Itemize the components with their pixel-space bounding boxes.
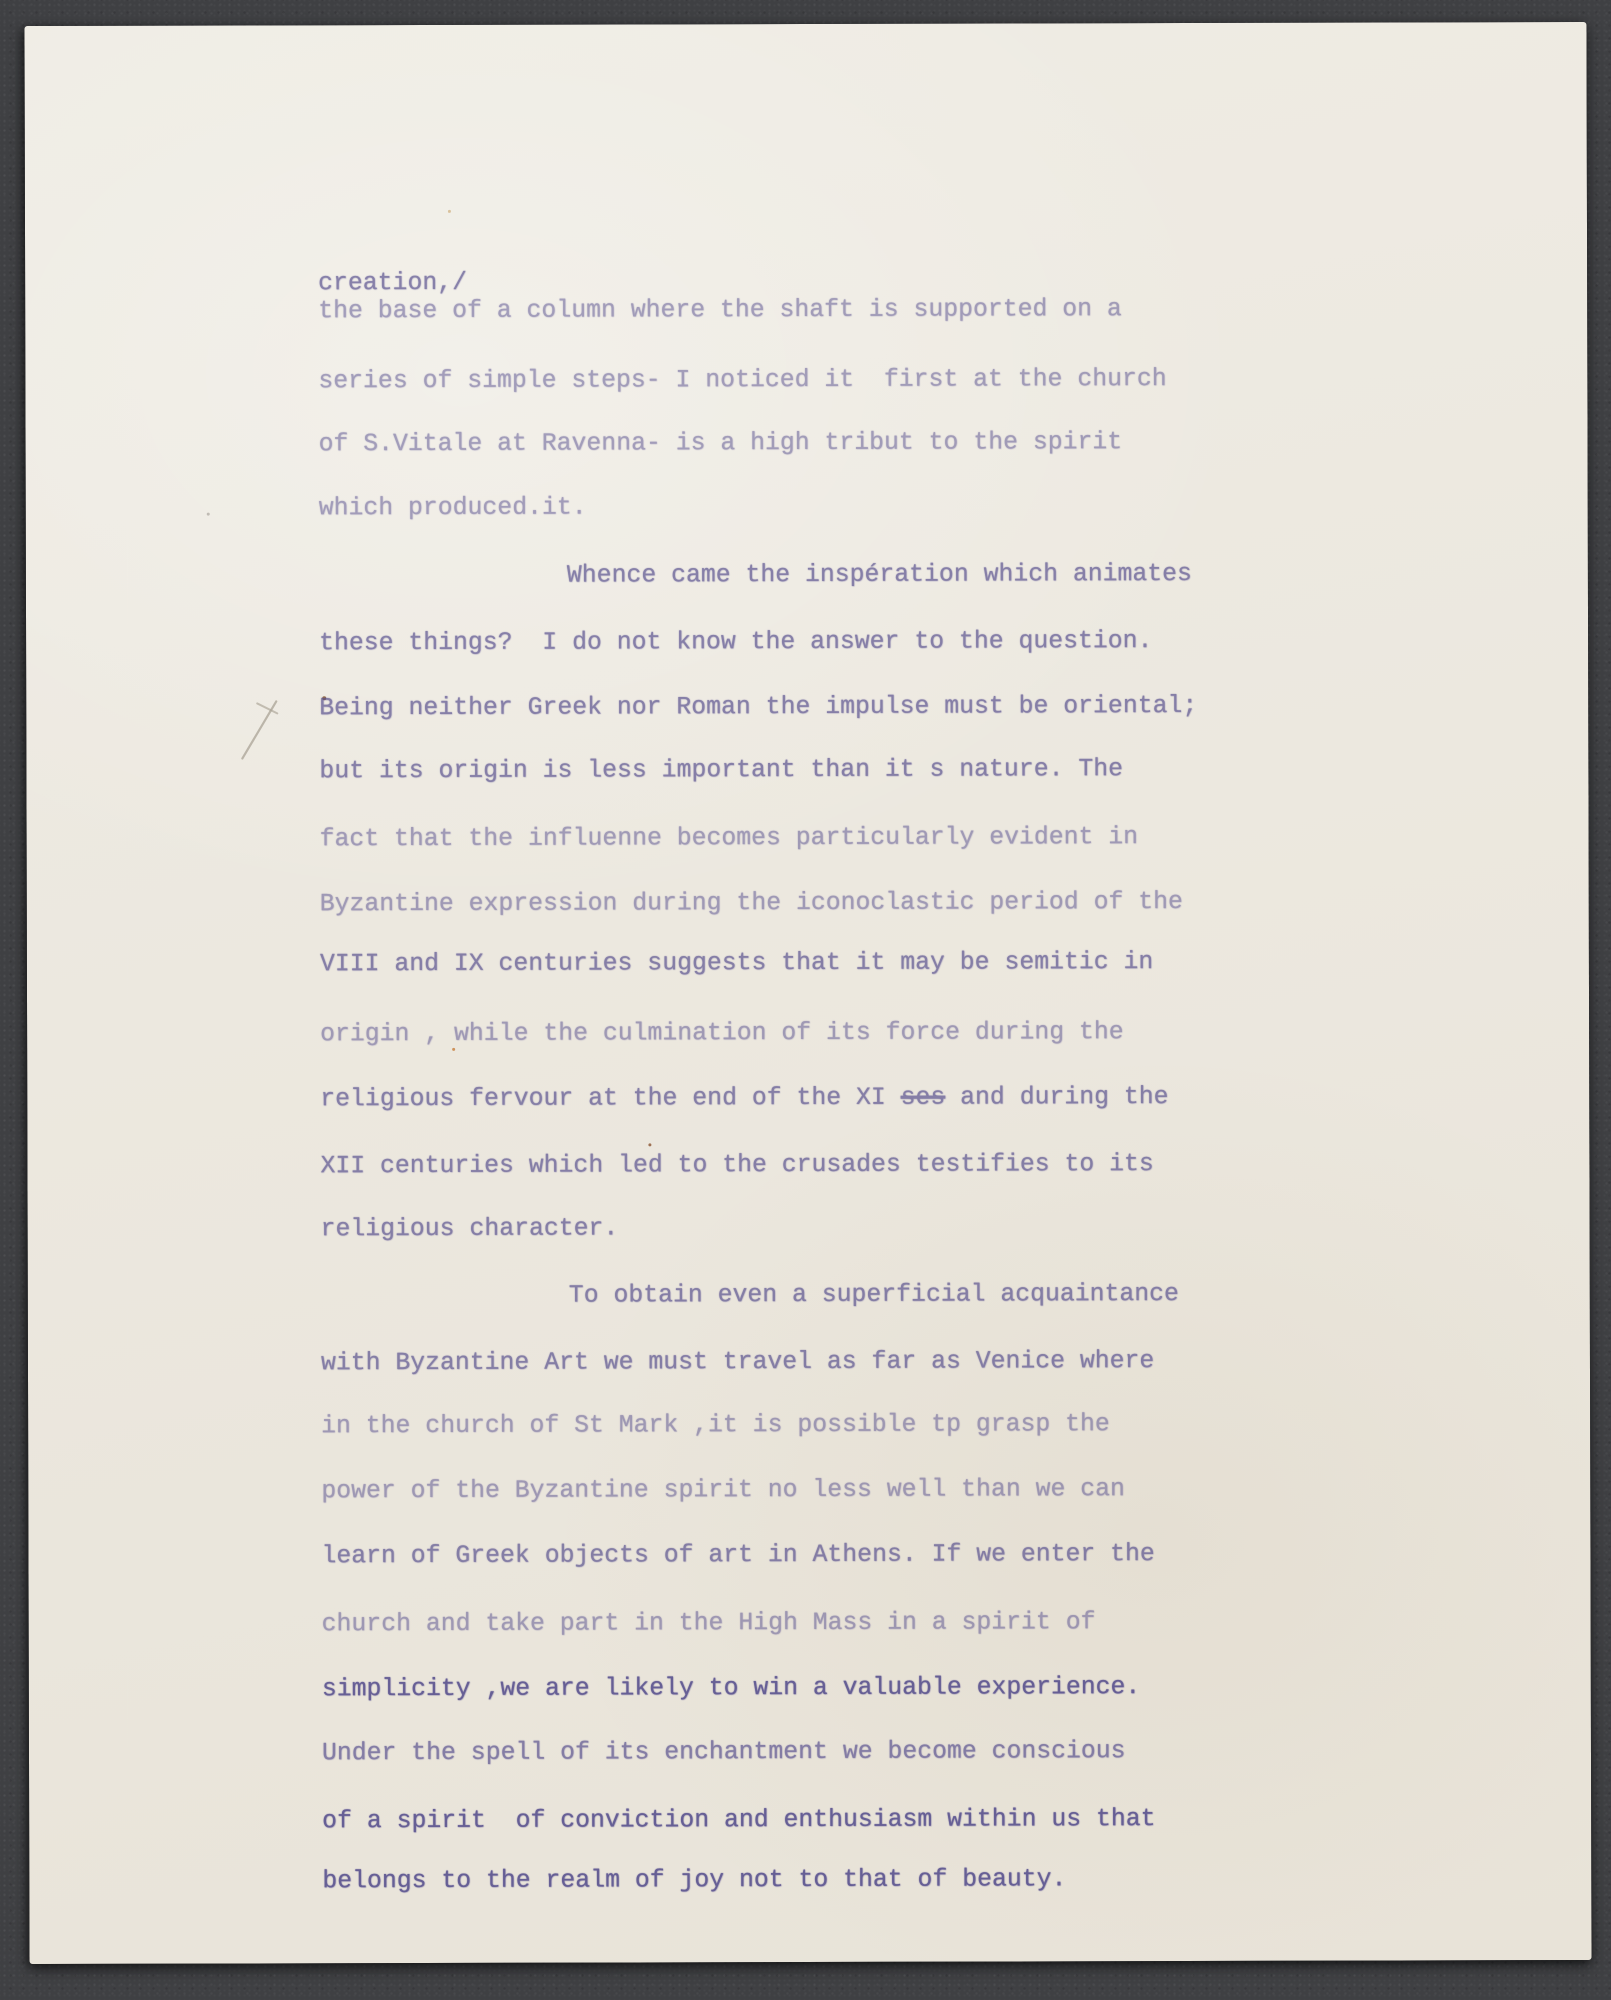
typed-text: religious fervour at the end of the XI (320, 1084, 900, 1114)
typed-line: learn of Greek objects of art in Athens.… (321, 1538, 1154, 1572)
typed-line: the base of a column where the shaft is … (318, 293, 1122, 327)
typed-line: in the church of St Mark ,it is possible… (321, 1408, 1110, 1442)
paper-speck (207, 513, 210, 516)
typed-line: simplicity ,we are likely to win a valua… (322, 1671, 1141, 1705)
typed-line: but its origin is less important than it… (319, 753, 1123, 787)
typed-line: series of simple steps- I noticed it fir… (318, 363, 1166, 397)
pencil-x-mark (231, 690, 291, 770)
paper-speck (448, 210, 451, 213)
typed-line: of S.Vitale at Ravenna- is a high tribut… (319, 426, 1123, 460)
typed-line-with-overstrike: religious fervour at the end of the XI s… (320, 1081, 1168, 1115)
typed-line-paragraph-start: To obtain even a superficial acquaintanc… (569, 1278, 1179, 1312)
paper-speck (648, 1143, 651, 1146)
typed-line: which produced.it. (319, 492, 587, 525)
typed-line: religious character. (321, 1212, 619, 1245)
typed-line: Byzantine expression during the iconocla… (320, 886, 1183, 920)
typed-line-paragraph-start: Whence came the inspération which animat… (567, 558, 1192, 592)
typed-line: VIII and IX centuries suggests that it m… (320, 946, 1153, 980)
typed-line: XII centuries which led to the crusades … (320, 1148, 1153, 1182)
overstruck-word: ses (901, 1084, 946, 1112)
typed-line: church and take part in the High Mass in… (322, 1606, 1096, 1640)
manuscript-page: creation,/ the base of a column where th… (24, 22, 1591, 1964)
typed-line: Being neither Greek nor Roman the impuls… (319, 690, 1197, 724)
typed-line: Under the spell of its enchantment we be… (322, 1735, 1126, 1769)
typed-line: power of the Byzantine spirit no less we… (321, 1473, 1125, 1507)
typed-line: fact that the influenne becomes particul… (320, 821, 1139, 855)
typed-line: origin , while the culmination of its fo… (320, 1016, 1124, 1050)
typed-text: and during the (945, 1083, 1168, 1112)
typed-line: with Byzantine Art we must travel as far… (321, 1345, 1154, 1379)
typed-line: belongs to the realm of joy not to that … (322, 1863, 1066, 1897)
typed-line: of a spirit of conviction and enthusiasm… (322, 1803, 1155, 1837)
photo-backdrop: creation,/ the base of a column where th… (0, 0, 1611, 2000)
typed-line: these things? I do not know the answer t… (319, 625, 1152, 659)
